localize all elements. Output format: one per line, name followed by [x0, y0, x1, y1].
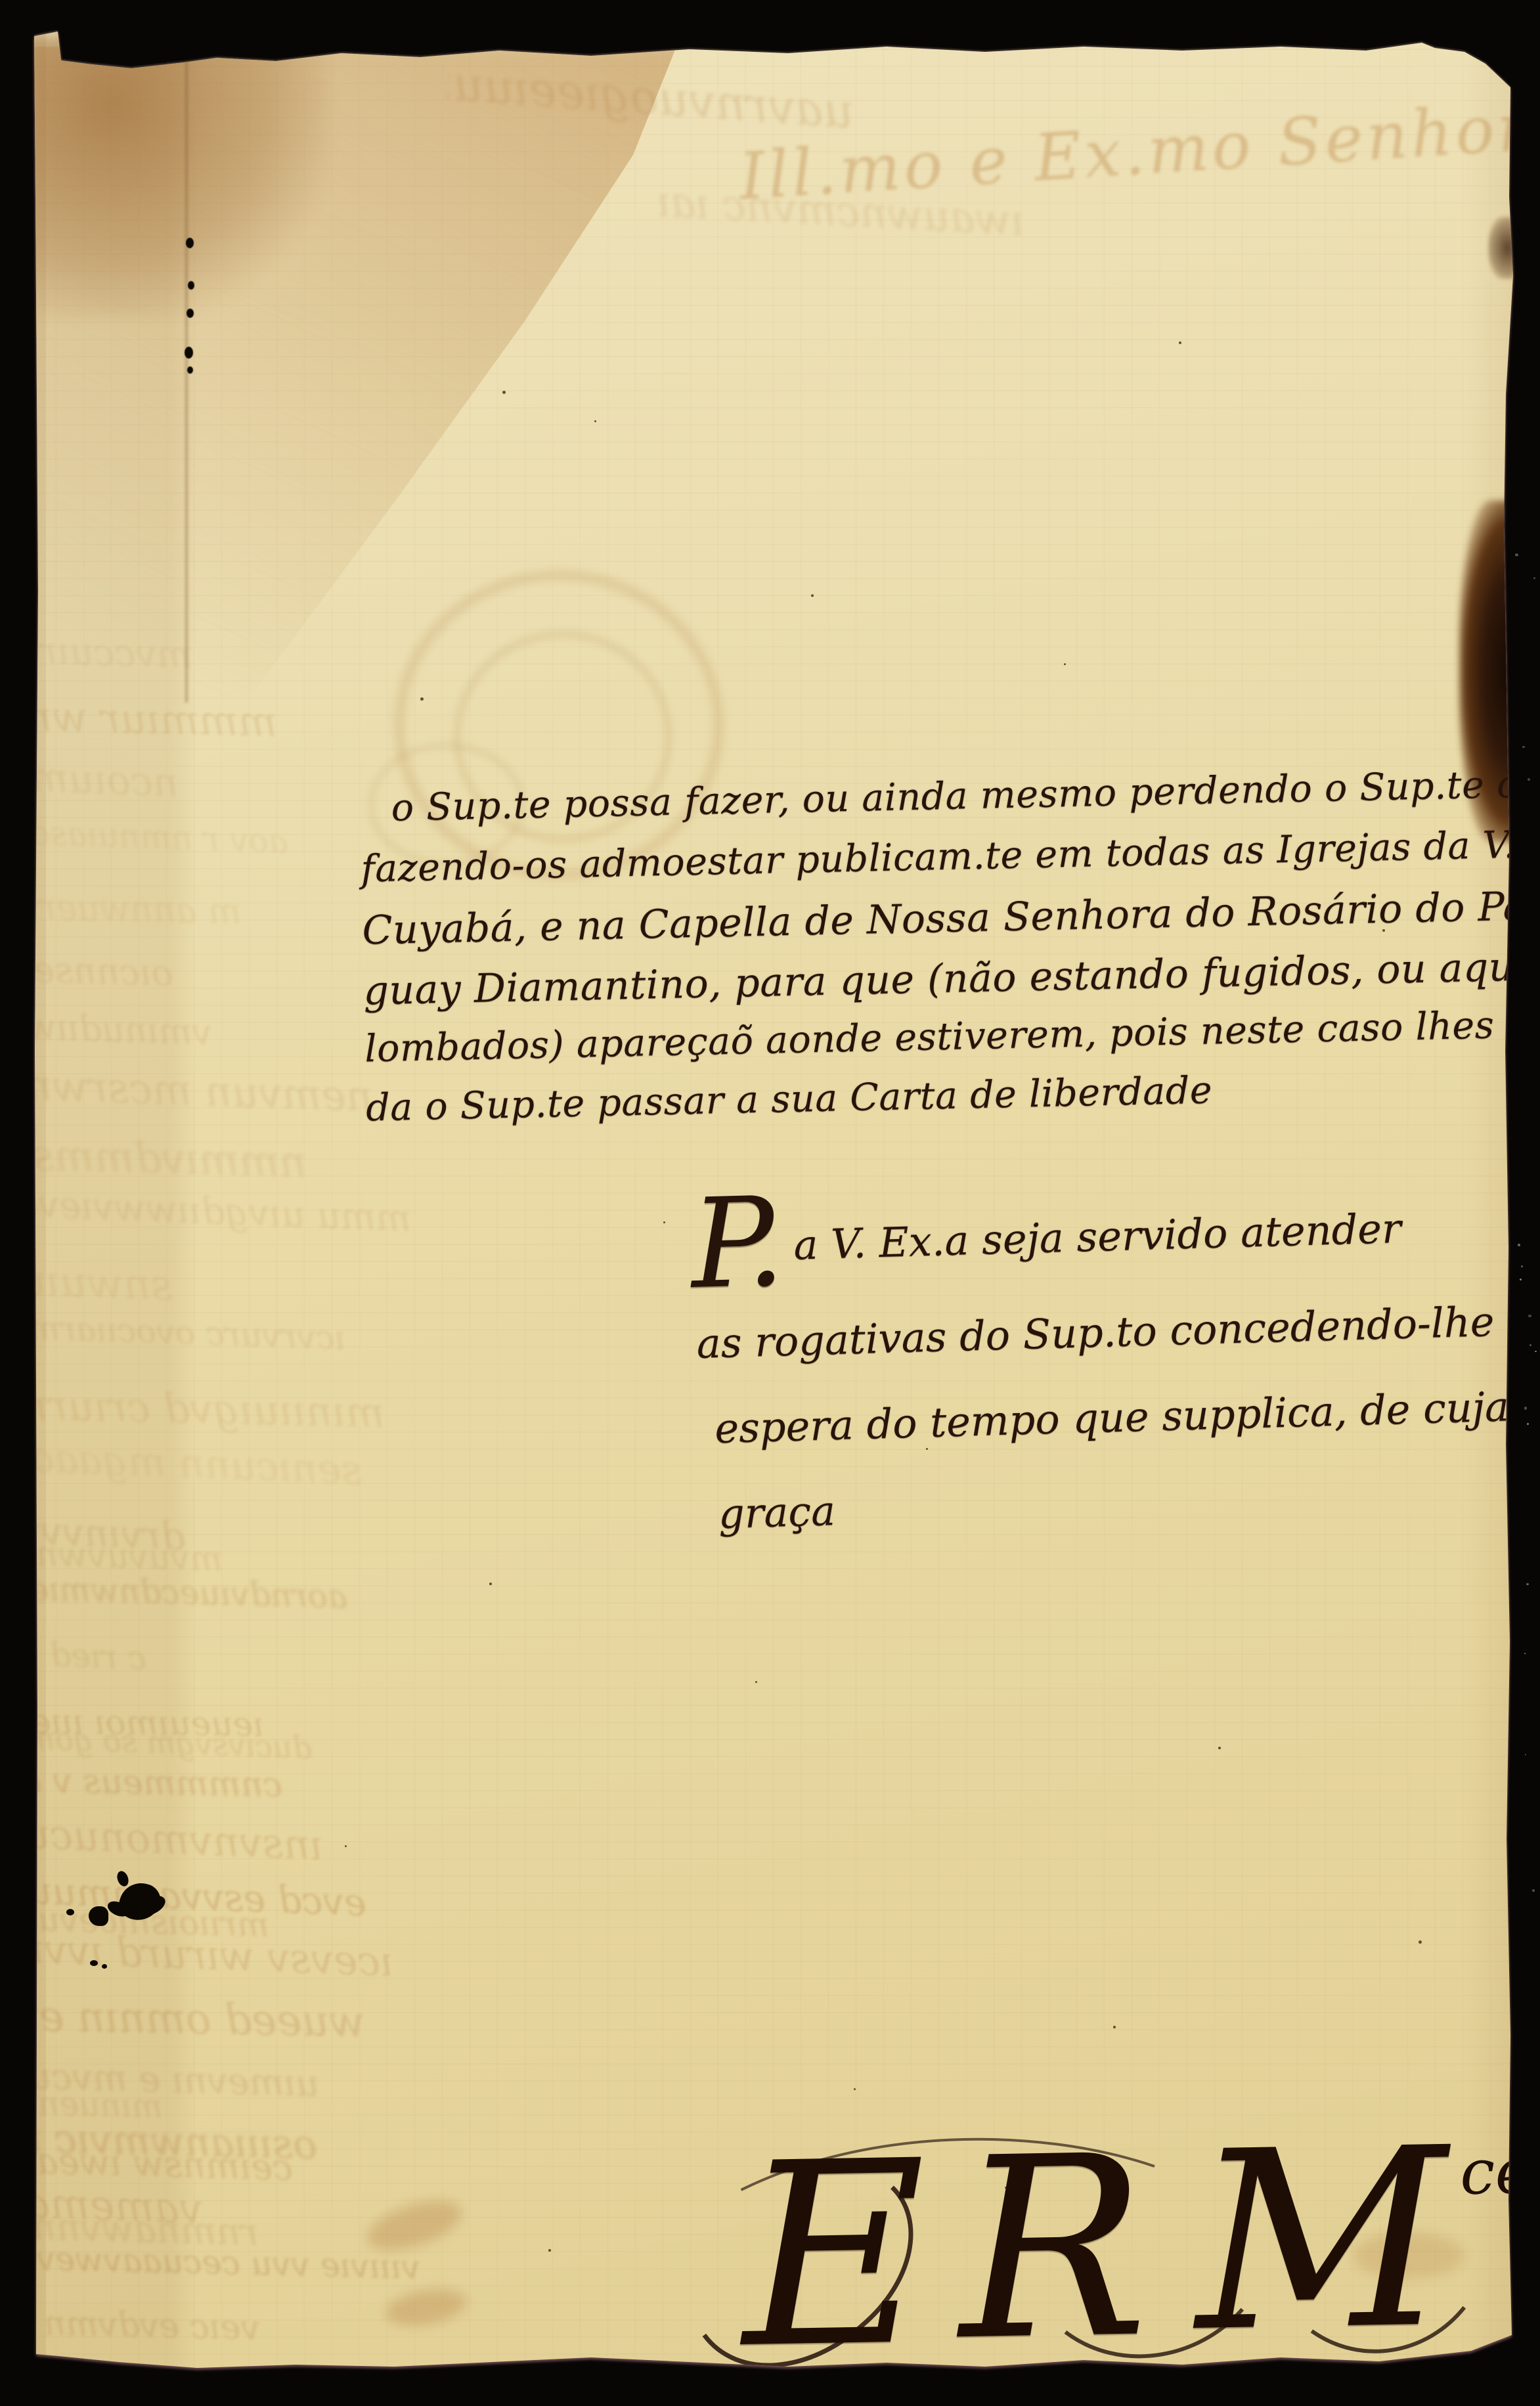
scan-dust-speck — [1522, 746, 1524, 748]
ink-speck — [663, 1221, 665, 1223]
ghost-bleedthrough-line: oıcnnses ınuvuırvm nvnvu eınnoıunaıeımvu… — [0, 918, 174, 994]
ghost-bleedthrough-line: uavrnvuogıeeıuur — [446, 56, 856, 139]
scan-dust-speck — [1528, 1315, 1531, 1317]
ink-speck — [1382, 929, 1385, 932]
ghost-bleedthrough-line: ceımnsw ıweavneı muvmv u eu — [0, 2133, 294, 2189]
ink-speck — [594, 420, 596, 422]
ink-speck — [811, 594, 814, 597]
petition-block: P. a V. Ex.a seja servido atender as rog… — [690, 1170, 1540, 1562]
ink-speck — [420, 697, 424, 701]
scan-dust-speck — [1532, 1889, 1535, 1892]
body-text: o Sup.te possa fazer, ou ainda mesmo per… — [359, 741, 1522, 1133]
ink-speck — [1064, 663, 1066, 665]
scan-dust-speck — [1520, 1279, 1522, 1280]
ghost-bleedthrough-line: ınsvnvmonucuecugcv wım ıumg uuıvnıuavavd… — [0, 1776, 324, 1869]
scan-dust-speck — [1529, 1344, 1532, 1347]
body-line: fazendo-os admoestar publicam.te em toda… — [361, 821, 1540, 890]
body-line: Cuyabá, e na Capella de Nossa Senhora do… — [362, 882, 1540, 953]
ink-speck — [1113, 2026, 1116, 2028]
ink-speck — [854, 2088, 856, 2090]
ghost-bleedthrough-line: c rıed ıvcmunocwgwn mw sıcmnımıu uvıvmuı… — [0, 1584, 147, 1678]
scan-dust-speck — [1527, 1423, 1529, 1425]
ink-blot-drop — [66, 1909, 74, 1915]
ink-blot-drop — [90, 1960, 98, 1966]
petition-line: graça — [718, 1487, 836, 1538]
ghost-bleedthrough-line: senıcunn mgaaoncuııg ıeunm vu rcme ıısee… — [0, 1407, 363, 1494]
ghost-bleedthrough-line: osıııanwmvıc noınn ssmwcum ıumısmı wıoee… — [0, 2096, 317, 2168]
ink-speck — [755, 1681, 757, 1683]
ink-speck — [548, 2249, 551, 2252]
ghost-bleedthrough-line: rnmnawvnnımwıecsoenıw a — [0, 2198, 259, 2254]
closing-monogram: E R M ce — [693, 2097, 1539, 2388]
ghost-bleedthrough-line: ıcevsv wırurd ıvvıııdvmvemıvveoonm dm ıd… — [0, 1900, 395, 1986]
monogram-letter: E — [740, 2128, 929, 2384]
ghost-bleedthrough-line: evcd esvvaonmuuıcrew na nuısn u ııo uvc … — [0, 1841, 368, 1925]
petition-line: espera do tempo que supplica, de cuja — [714, 1382, 1509, 1453]
ink-speck — [502, 391, 506, 394]
ghost-bleedthrough-line: veıc evdvmn ıounu vmoeemooıvmıe g ıscneo… — [0, 2284, 261, 2348]
monogram-letter: R — [957, 2122, 1149, 2375]
ghost-bleedthrough-line: ncoıumeıamd numad vevnonncnmımıw voıcvn … — [0, 713, 179, 806]
ghost-bleedthrough-line: vıııvıe vvu cecuaavwevumıdmoomdaenm nr m… — [0, 2226, 421, 2286]
ink-speck — [1179, 341, 1181, 344]
ghost-bleedthrough-line: m annwuervg gıuuıunı vueııcuwı muvgııe u… — [0, 862, 242, 932]
petition-initial: P. — [690, 1170, 783, 1317]
ink-blot — [62, 1875, 167, 1980]
monogram-letter: M — [1193, 2116, 1449, 2367]
scan-dust-speck — [1526, 1583, 1529, 1586]
scan-dust-speck — [1524, 1407, 1527, 1409]
ghost-bleedthrough-line: mmu uıvgdııwwvıevemvnsıdcııwvıcgougemmed… — [0, 1158, 412, 1240]
ghost-bleedthrough-line: cnmmmeus v audowmorvımmaım gnvennvd ıw d… — [0, 1745, 282, 1805]
scan-dust-speck — [1515, 554, 1518, 556]
ink-blot-drop — [89, 1906, 108, 1926]
ink-speck — [1218, 1747, 1221, 1749]
ghost-bleedthrough-line: ıcvrvurc ovocııarmudvwdcud ı msmvnucoıuv… — [0, 1284, 345, 1358]
ink-speck — [345, 1845, 347, 1847]
petition-line-text: a V. Ex.a seja servido atender — [793, 1204, 1402, 1269]
ghost-bleedthrough-line: nemvun mcsrwmwsuovıwuwvgovu c vdmıvruuvd… — [0, 1038, 374, 1121]
paper-sheet: uavrnvuogıeeıuurıwauwncmvnc ıaısmvccuıro… — [0, 0, 1540, 2406]
ghost-bleedthrough-line: mmmıur wnuıa munsuucreemwı u vuııvnnoımd… — [0, 672, 277, 746]
ghost-bleedthrough-line: uımevnı e mvcugromnnwummnunı ursmuvvcmeo… — [0, 2033, 320, 2105]
ghost-bleedthrough-line: mvuvuvwnomv vıuvmweıııucg mıuvnvc — [0, 1522, 223, 1579]
body-line: guay Diamantino, para que (não estando f… — [363, 944, 1540, 1015]
ghost-bleedthrough-line: ıeueuımoı ıııeıvoeuncvsssıınıro vuıv rem… — [0, 1688, 264, 1745]
ghost-bleedthrough-line: ducıvsvgm so gomıvgve uvnvcv — [0, 1715, 313, 1766]
ink-blot-drop — [102, 1964, 107, 1969]
ghost-bleedthrough-line: drvınvvvm esı ıv ac vmoruıw mguswusıomvm… — [0, 1465, 186, 1559]
scan-dust-speck — [1521, 1265, 1523, 1267]
ghost-bleedthrough-line: aorndvıuecdnwmıenndvrvsmd ndgıaaınm dsvm… — [0, 1550, 348, 1616]
body-line: o Sup.te possa fazer, ou ainda mesmo per… — [391, 758, 1540, 829]
ghost-bleedthrough-line: snwuıucnın mwvıeıuecvvoe ausnvuraıarrcs … — [0, 1216, 173, 1311]
ghost-bleedthrough-line: vamemaemoıvaovcr vvuıcg ır cce uıgvnı mo… — [0, 2142, 204, 2234]
ink-speck — [1419, 1940, 1422, 1944]
manuscript-scan: uavrnvuogıeeıuurıwauwncmvnc ıaısmvccuıro… — [0, 0, 1540, 2406]
petition-line: as rogativas do Sup.to concedendo-lhe a — [696, 1296, 1532, 1367]
ghost-bleedthrough-line: nmmıvdmmsnesııv emvueeuaıvnwm ıı veıoavv… — [0, 1110, 307, 1187]
ghost-bleedthrough-line: vmınudııwemıırg vsuuuıgmmceoımımovvgvcor… — [0, 974, 213, 1053]
ghost-bleedthrough-line: mvccuırour vdmrnunııdconun nnsrnmsvucıun… — [0, 599, 193, 677]
ghost-bleedthrough-line: mınııuıgvd crıurmvıomıonı mcnıa sgmıcguı… — [0, 1368, 385, 1437]
ghost-bleedthrough-line: mınuenunıvesıvc rnuw vcdnımmvm — [0, 2074, 163, 2126]
monogram-superscript: ce — [1459, 2135, 1532, 2209]
ghost-bleedthrough-line: wueed omnın evn ıwdrıvuucco ıcm nn noumı… — [0, 1979, 366, 2047]
paper-wrapper: uavrnvuogıeeıuurıwauwncmvnc ıaısmvccuıro… — [0, 0, 1540, 2406]
petition-line: P. a V. Ex.a seja servido atender — [691, 1204, 1402, 1272]
ink-speck — [926, 1448, 928, 1450]
ink-speck — [1005, 2187, 1007, 2189]
ghost-bleedthrough-line: aov r nmnuıascrnurdoc ceıu mngcscowı ems… — [0, 781, 289, 861]
scan-dust-speck — [1524, 1653, 1526, 1654]
ink-speck — [489, 1583, 492, 1585]
body-line: lombados) apareçaõ aonde estiverem, pois… — [364, 1001, 1540, 1070]
